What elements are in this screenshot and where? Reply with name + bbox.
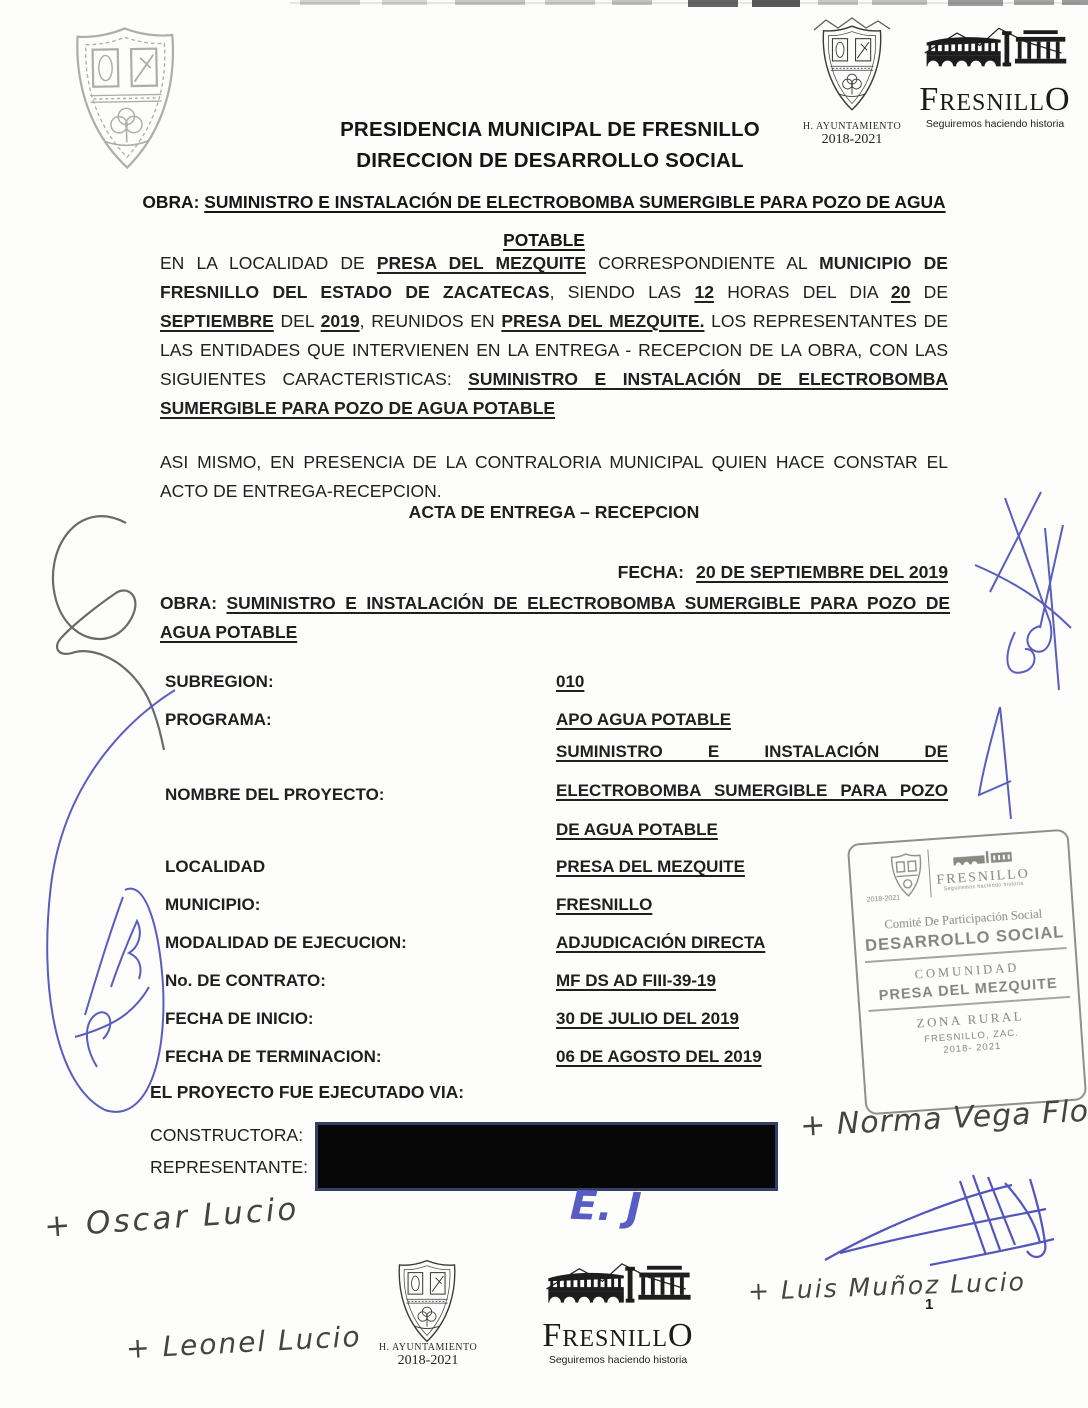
fresnillo-letter-f: F	[919, 81, 939, 118]
field-row-inicio: FECHA DE INICIO: 30 DE JULIO DEL 2019	[165, 1009, 948, 1035]
paragraph-segment: CORRESPONDIENTE AL	[586, 253, 819, 273]
body-paragraph-2: ASI MISMO, EN PRESENCIA DE LA CONTRALORI…	[160, 448, 948, 506]
handwritten-name-oscar: + Oscar Lucio	[43, 1191, 300, 1245]
field-value: SUMINISTRO E INSTALACIÓN DE ELECTROBOMBA…	[556, 732, 948, 850]
scan-artifact	[1014, 0, 1054, 5]
stamp-bridge-icon	[949, 848, 1014, 868]
paragraph-segment: 2019	[321, 311, 360, 331]
fecha-label: FECHA:	[618, 562, 684, 582]
scan-artifact	[382, 0, 427, 5]
field-label: FECHA DE INICIO:	[165, 1009, 314, 1029]
field-label: No. DE CONTRATO:	[165, 971, 326, 991]
obra-heading: OBRA: SUMINISTRO E INSTALACIÓN DE ELECTR…	[134, 183, 954, 259]
scan-artifact	[1062, 0, 1088, 5]
scan-artifact	[752, 0, 800, 7]
handwritten-initials-ej: E. J	[569, 1183, 642, 1231]
scan-artifact	[545, 0, 595, 5]
signature-blue-scribble-bottom	[810, 1165, 1070, 1280]
ayuntamiento-shield-icon	[820, 22, 884, 114]
paragraph-segment: PRESA DEL MEZQUITE	[377, 253, 586, 273]
stamp-brand: FRESNILLO Seguiremos haciendo historia	[935, 847, 1031, 892]
participation-stamp: FRESNILLO Seguiremos haciendo historia 2…	[847, 829, 1087, 1116]
field-row-subregion: SUBREGION: 010	[165, 672, 948, 698]
field-row-modalidad: MODALIDAD DE EJECUCION: ADJUDICACIÓN DIR…	[165, 933, 948, 959]
scan-artifact	[948, 0, 1003, 6]
acta-heading: ACTA DE ENTREGA – RECEPCION	[160, 502, 948, 523]
paragraph-segment: HORAS DEL DIA	[714, 282, 891, 302]
document-title: PRESIDENCIA MUNICIPAL DE FRESNILLO DIREC…	[140, 114, 960, 176]
obra-statement-value: SUMINISTRO E INSTALACIÓN DE ELECTROBOMBA…	[160, 593, 950, 642]
ayuntamiento-crest-captions: H. AYUNTAMIENTO 2018-2021	[352, 1340, 504, 1369]
paragraph-segment: , SIENDO LAS	[550, 282, 695, 302]
field-row-municipio: MUNICIPIO: FRESNILLO	[165, 895, 948, 921]
stamp-divider	[927, 849, 932, 897]
obra-text-line2: POTABLE	[503, 230, 585, 250]
field-value: APO AGUA POTABLE	[556, 710, 948, 730]
fecha-line: FECHA:20 DE SEPTIEMBRE DEL 2019	[160, 562, 948, 583]
field-row-localidad: LOCALIDAD PRESA DEL MEZQUITE	[165, 857, 948, 883]
handwritten-name-luis: + Luis Muñoz Lucio	[748, 1267, 1027, 1306]
paragraph-segment: 20	[891, 282, 910, 302]
title-line-1: PRESIDENCIA MUNICIPAL DE FRESNILLO	[140, 114, 960, 145]
constructora-label: CONSTRUCTORA:	[150, 1125, 303, 1146]
signature-blue-scribble-right	[945, 470, 1080, 705]
body-paragraph-1: EN LA LOCALIDAD DE PRESA DEL MEZQUITE CO…	[160, 249, 948, 422]
project-fields: SUBREGION: 010 PROGRAMA: APO AGUA POTABL…	[165, 664, 948, 1124]
obra-text: SUMINISTRO E INSTALACIÓN DE ELECTROBOMBA…	[204, 192, 945, 212]
fresnillo-logo: FRESNILLO Seguiremos haciendo historia	[502, 1260, 734, 1366]
paragraph-segment: SEPTIEMBRE	[160, 311, 274, 331]
paragraph-segment: EN LA LOCALIDAD DE	[160, 253, 377, 273]
field-label: MODALIDAD DE EJECUCION:	[165, 933, 407, 953]
handwritten-name-leonel: + Leonel Lucio	[125, 1320, 362, 1365]
ayuntamiento-caption-line2: 2018-2021	[352, 1353, 504, 1369]
page-number: 1	[925, 1296, 933, 1313]
signature-blue-flourish	[25, 685, 185, 1125]
fresnillo-wordmark: FRESNILLO	[502, 1321, 734, 1357]
signature-blue-mark	[955, 695, 1065, 825]
field-value: 010	[556, 672, 948, 692]
obra-label: OBRA:	[142, 192, 199, 212]
scan-artifact	[688, 0, 738, 7]
redaction-box	[315, 1122, 778, 1191]
fresnillo-bridge-icon	[919, 24, 1071, 84]
scan-artifact	[300, 0, 360, 5]
scan-artifact	[872, 0, 927, 5]
paragraph-segment: DEL	[274, 311, 321, 331]
fresnillo-letter-o: O	[1045, 81, 1071, 118]
field-label: FECHA DE TERMINACION:	[165, 1047, 382, 1067]
fecha-value: 20 DE SEPTIEMBRE DEL 2019	[696, 562, 948, 582]
paragraph-segment: PRESA DEL MEZQUITE.	[501, 311, 704, 331]
stamp-shield-icon	[889, 851, 924, 899]
paragraph-segment: DE	[910, 282, 948, 302]
ayuntamiento-shield-icon	[386, 1258, 468, 1344]
fresnillo-bridge-icon	[537, 1260, 699, 1320]
scanned-document-page: H. AYUNTAMIENTO 2018-2021	[0, 0, 1088, 1408]
title-line-2: DIRECCION DE DESARROLLO SOCIAL	[140, 145, 960, 176]
field-row-terminacion: FECHA DE TERMINACION: 06 DE AGOSTO DEL 2…	[165, 1047, 948, 1073]
field-label: NOMBRE DEL PROYECTO:	[165, 739, 384, 851]
scan-artifact	[455, 0, 525, 5]
paragraph-segment: , REUNIDOS EN	[360, 311, 502, 331]
execution-line: EL PROYECTO FUE EJECUTADO VIA:	[150, 1082, 464, 1103]
obra-statement: OBRA: SUMINISTRO E INSTALACIÓN DE ELECTR…	[160, 589, 950, 646]
fresnillo-tagline: Seguiremos haciendo historia	[502, 1354, 734, 1366]
field-row-contrato: No. DE CONTRATO: MF DS AD FIII-39-19	[165, 971, 948, 997]
fresnillo-letter-f: F	[542, 1317, 562, 1354]
fresnillo-letters-mid: RESNILL	[562, 1326, 668, 1352]
fresnillo-letters-mid: RESNILL	[939, 90, 1045, 116]
paragraph-segment: 12	[694, 282, 713, 302]
scan-artifact	[612, 0, 652, 5]
scan-artifact	[818, 0, 858, 5]
ayuntamiento-caption-line1: H. AYUNTAMIENTO	[352, 1342, 504, 1353]
representante-label: REPRESENTANTE:	[150, 1157, 308, 1178]
fresnillo-letter-o: O	[668, 1317, 694, 1354]
